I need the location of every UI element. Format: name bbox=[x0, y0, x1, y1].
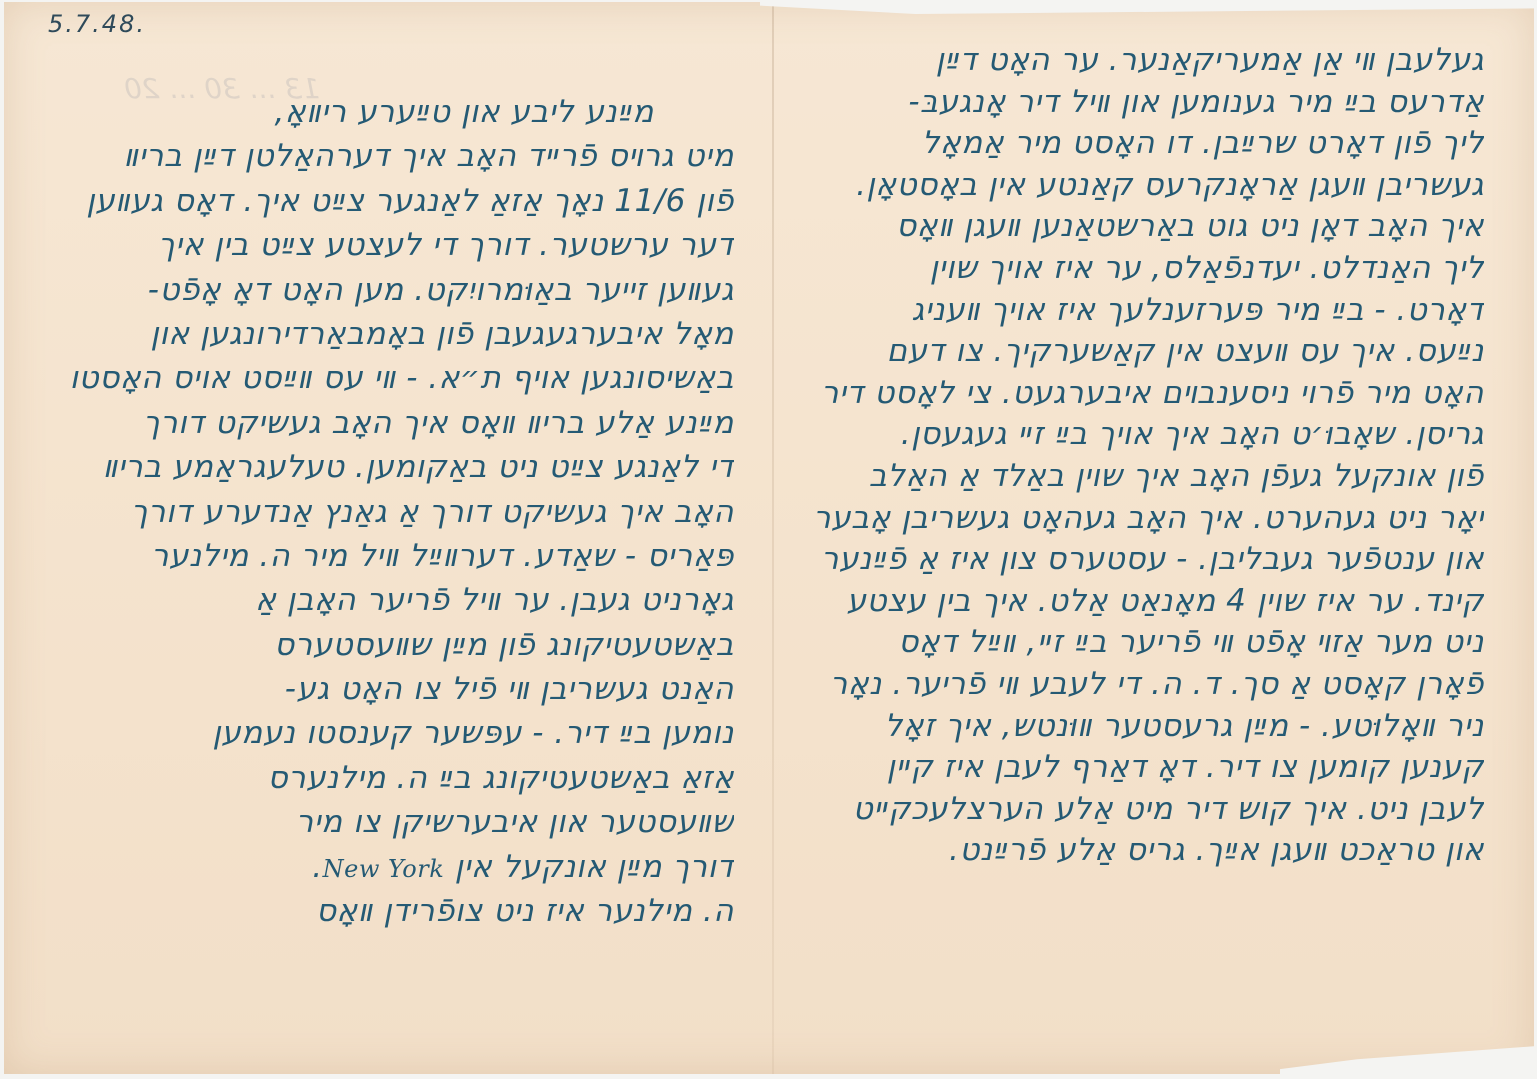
text-line: פּאַריס - שאַדע. דערװײַל װיל מיר ה. מילנ… bbox=[44, 534, 734, 578]
text-span: דורך מײַן אונקעל אין bbox=[455, 849, 734, 885]
text-line: ליך האַנדלט. יעדנפֿאַלס, ער איז אויך שוי… bbox=[784, 248, 1484, 290]
text-line: דורך מײַן אונקעל אין New York. bbox=[44, 845, 734, 889]
text-line: באַשטעטיקונג פֿון מײַן שװעסטערס bbox=[44, 623, 734, 667]
text-line: מײַנע אַלע בריװ װאָס איך האָב געשיקט דור… bbox=[44, 401, 734, 445]
text-line: אַזאַ באַשטעטיקונג בײַ ה. מילנערס bbox=[44, 756, 734, 800]
text-line: קינד. ער איז שוין 4 מאָנאַט אַלט. איך בי… bbox=[784, 581, 1484, 623]
text-line: און ענטפֿער געבליבן. - עסטערס צון איז אַ… bbox=[784, 539, 1484, 581]
text-line: ניר װאָלוּטע. - מײַן גרעסטער װוּנטש, איך… bbox=[784, 706, 1484, 748]
text-line: באַשיסונגען אויף ת״א. - װי עס װײַסט אויס… bbox=[44, 356, 734, 400]
text-line: גאָרניט געבן. ער װיל פֿריער האָבן אַ bbox=[44, 578, 734, 622]
text-line: האָב איך געשיקט דורך אַ גאַנץ אַנדערע דו… bbox=[44, 490, 734, 534]
closing-line: און טראַכט װעגן אײַך. גריס אַלע פֿרײַנט. bbox=[784, 830, 1484, 872]
text-line: שװעסטער און איבערשיקן צו מיר bbox=[44, 800, 734, 844]
text-line: קענען קומען צו דיר. דאָ דאַרף לעבן איז ק… bbox=[784, 747, 1484, 789]
letter-date: 5.7.48. bbox=[48, 10, 146, 38]
text-line: פֿון אונקעל געפֿן האָב איך שוין באַלד אַ… bbox=[784, 456, 1484, 498]
text-line: לעבן ניט. איך קוש דיר מיט אַלע הערצלעכקײ… bbox=[784, 789, 1484, 831]
text-line: איך האָב דאָן ניט גוט באַרשטאַנען װעגן װ… bbox=[784, 206, 1484, 248]
text-line: מאָל איבערגעגעבן פֿון באָמבאַרדירונגען א… bbox=[44, 312, 734, 356]
text-line: ליך פֿון דאָרט שרײַבן. דו האָסט מיר אַמא… bbox=[784, 123, 1484, 165]
greeting-line: מײַנע ליבע און טײַערע ריװאָ, bbox=[44, 90, 734, 134]
text-line: געװען זייער באַוּמרויִקט. מען האָט דאָ א… bbox=[44, 268, 734, 312]
text-line: דער ערשטער. דורך די לעצטע צײַט בין איך bbox=[44, 223, 734, 267]
period: . bbox=[312, 849, 322, 885]
text-line: די לאַנגע צײַט ניט באַקומען. טעלעגראַמע … bbox=[44, 445, 734, 489]
text-line: פֿאָרן קאָסט אַ סך. ד. ה. די לעבע װי פֿר… bbox=[784, 664, 1484, 706]
right-page: געלעבן װי אַן אַמעריקאַנער. ער האָט דײַן… bbox=[784, 40, 1484, 872]
left-page: מײַנע ליבע און טײַערע ריװאָ, מיט גרױס פֿ… bbox=[44, 90, 734, 933]
letter-sheet: 20 ... 30 ... 13 5.7.48. מײַנע ליבע און … bbox=[4, 2, 1534, 1074]
text-line: יאָר ניט געהערט. איך האָב געהאָט געשריבן… bbox=[784, 498, 1484, 540]
text-line: מיט גרױס פֿרײד האָב איך דערהאַלטן דײַן ב… bbox=[44, 134, 734, 178]
center-fold-crease bbox=[772, 2, 774, 1074]
text-line: געשריבן װעגן אַראָנקרעס קאַנטע אין באָסט… bbox=[784, 165, 1484, 207]
text-line: נײַעס. איך עס װעצט אין קאַשערקיך. צו דעם bbox=[784, 331, 1484, 373]
text-line: אַדרעס בײַ מיר גענומען און װיל דיר אָנגע… bbox=[784, 82, 1484, 124]
text-line: פֿון 11/6 נאָך אַזאַ לאַנגער צײַט איך. ד… bbox=[44, 179, 734, 223]
text-line: האַנט געשריבן װי פֿיל צו האָט גע- bbox=[44, 667, 734, 711]
text-line: נומען בײַ דיר. - עפּשער קענסטו נעמען bbox=[44, 711, 734, 755]
text-line: האָט מיר פֿרוי ניסענבױם איבערגעט. צי לאָ… bbox=[784, 373, 1484, 415]
text-line: דאָרט. - בײַ מיר פּערזענלעך איז אויך װענ… bbox=[784, 290, 1484, 332]
new-york-latin: New York bbox=[323, 855, 445, 883]
text-line: געלעבן װי אַן אַמעריקאַנער. ער האָט דײַן bbox=[784, 40, 1484, 82]
text-line: ניט מער אַזױ אָפֿט װי פֿריער בײַ זײ, װײַ… bbox=[784, 622, 1484, 664]
text-line: ה. מילנער איז ניט צופֿרידן װאָס bbox=[44, 889, 734, 933]
text-line: גריסן. שאָבוּ׳ט האָב איך אויך בײַ זײ געג… bbox=[784, 414, 1484, 456]
